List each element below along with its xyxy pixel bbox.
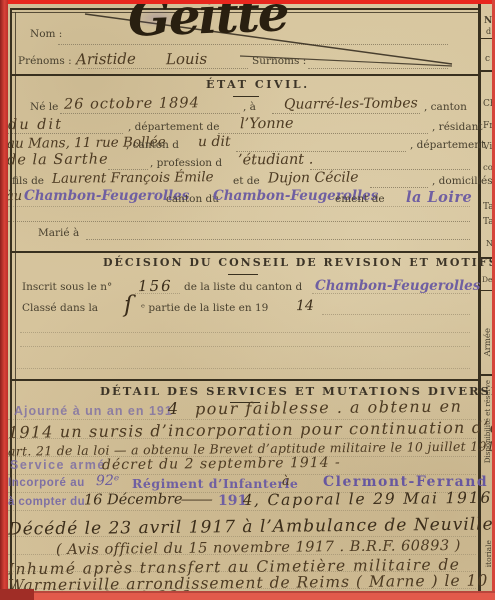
incorpore-stamp: Incorporé au bbox=[8, 477, 85, 489]
classe-part-handwriting: ſ bbox=[124, 292, 133, 318]
canton-label: , canton bbox=[424, 101, 467, 113]
inscrit-label: Inscrit sous le n° bbox=[22, 281, 112, 293]
canton2-value-handwriting: u dit bbox=[198, 134, 231, 150]
fils-de-label: fils de bbox=[12, 175, 44, 187]
scanner-frame-left bbox=[0, 0, 8, 600]
departement-de-label: ement de bbox=[335, 193, 385, 205]
domicilies-label: , domiciliés bbox=[432, 175, 493, 187]
nom-label: Nom : bbox=[30, 28, 62, 40]
residant-label: , résidant bbox=[432, 121, 483, 133]
et-de-label: et de bbox=[233, 175, 260, 187]
liste-label: de la liste du canton d bbox=[184, 281, 302, 293]
decret-note-handwriting: décret du 2 septembre 1914 - bbox=[102, 455, 341, 473]
mother-handwriting: Dujon Cécile bbox=[268, 170, 359, 187]
etat-civil-title: ÉTAT CIVIL. bbox=[206, 78, 310, 91]
compter-year-digit: 4 bbox=[243, 491, 253, 509]
compter-date-handwriting: 16 Décembre bbox=[84, 491, 183, 508]
ville-stamp: Clermont-Ferrand bbox=[323, 474, 488, 490]
dept2-value-handwriting: de la Sarthe bbox=[7, 151, 109, 168]
scanner-frame-top bbox=[0, 0, 495, 4]
a-small-handwriting: à bbox=[282, 474, 290, 489]
decision-title: DÉCISION DU CONSEIL DE REVISION ET MOTIF… bbox=[103, 256, 495, 269]
regiment-stamp: Régiment d’Infanterie bbox=[132, 476, 298, 491]
dept-value-handwriting: l’Yonne bbox=[240, 116, 294, 133]
marie-label: Marié à bbox=[38, 227, 79, 239]
canton2-label: , canton d bbox=[126, 139, 179, 151]
classe-label: Classé dans la bbox=[22, 302, 98, 314]
birth-date-handwriting: 26 octobre 1894 bbox=[64, 95, 200, 112]
domicile-stamp-1: Chambon-Feugerolles bbox=[24, 188, 189, 204]
domicile-dept-stamp: la Loire bbox=[406, 189, 472, 206]
etat-civil-underline bbox=[233, 96, 259, 97]
a-label: , à bbox=[243, 101, 256, 113]
regiment-number-handwriting: 92ᵉ bbox=[96, 473, 119, 489]
compter-dash: — bbox=[180, 492, 214, 508]
dept-label: , département de bbox=[128, 121, 219, 133]
ajourne-digit-handwriting: 4 bbox=[168, 399, 178, 418]
prenoms-first-handwriting: Aristide bbox=[76, 50, 136, 69]
ajourne-stamp: Ajourné à un an en 191 bbox=[14, 404, 173, 418]
canton-value-handwriting: du dit bbox=[8, 117, 63, 134]
father-handwriting: Laurent François Émile bbox=[52, 169, 214, 187]
inscrit-number-handwriting: 156 bbox=[138, 277, 173, 295]
scanner-frame-bottom-left-corner bbox=[0, 589, 34, 600]
prenoms-label: Prénoms : bbox=[18, 55, 72, 67]
scanner-frame-bottom bbox=[0, 593, 495, 600]
canton-stamp: Chambon-Feugerolles bbox=[315, 278, 480, 294]
prenoms-second-handwriting: Louis bbox=[166, 50, 207, 68]
canton-du-label: canton du bbox=[166, 193, 219, 205]
classe-year-handwriting: 14 bbox=[296, 298, 314, 314]
domicile-prefix-handwriting: àu bbox=[6, 189, 22, 204]
surnoms-label: Surnoms : bbox=[252, 55, 306, 67]
compter-stamp: à compter du bbox=[8, 496, 85, 508]
dept2-label: , département bbox=[410, 139, 485, 151]
partie-label: ᵉ partie de la liste en 19 bbox=[141, 302, 268, 314]
decision-underline bbox=[228, 274, 258, 275]
ne-le-label: Né le bbox=[30, 101, 58, 113]
matricule-record-scan: Nom : Geitte Prénoms : Aristide Louis Su… bbox=[0, 0, 495, 600]
profession-label: , profession d bbox=[150, 157, 222, 169]
ajourne-note-handwriting: pour faiblesse . a obtenu en bbox=[195, 397, 463, 419]
birth-place-handwriting: Quarré-les-Tombes bbox=[284, 95, 418, 112]
profession-value-handwriting: ’étudiant . bbox=[238, 152, 313, 169]
surname-script: Geitte bbox=[127, 0, 288, 48]
caporal-note-handwriting: , Caporal le 29 Mai 1916. bbox=[254, 489, 495, 510]
service-arme-stamp: Service armé bbox=[10, 458, 106, 472]
